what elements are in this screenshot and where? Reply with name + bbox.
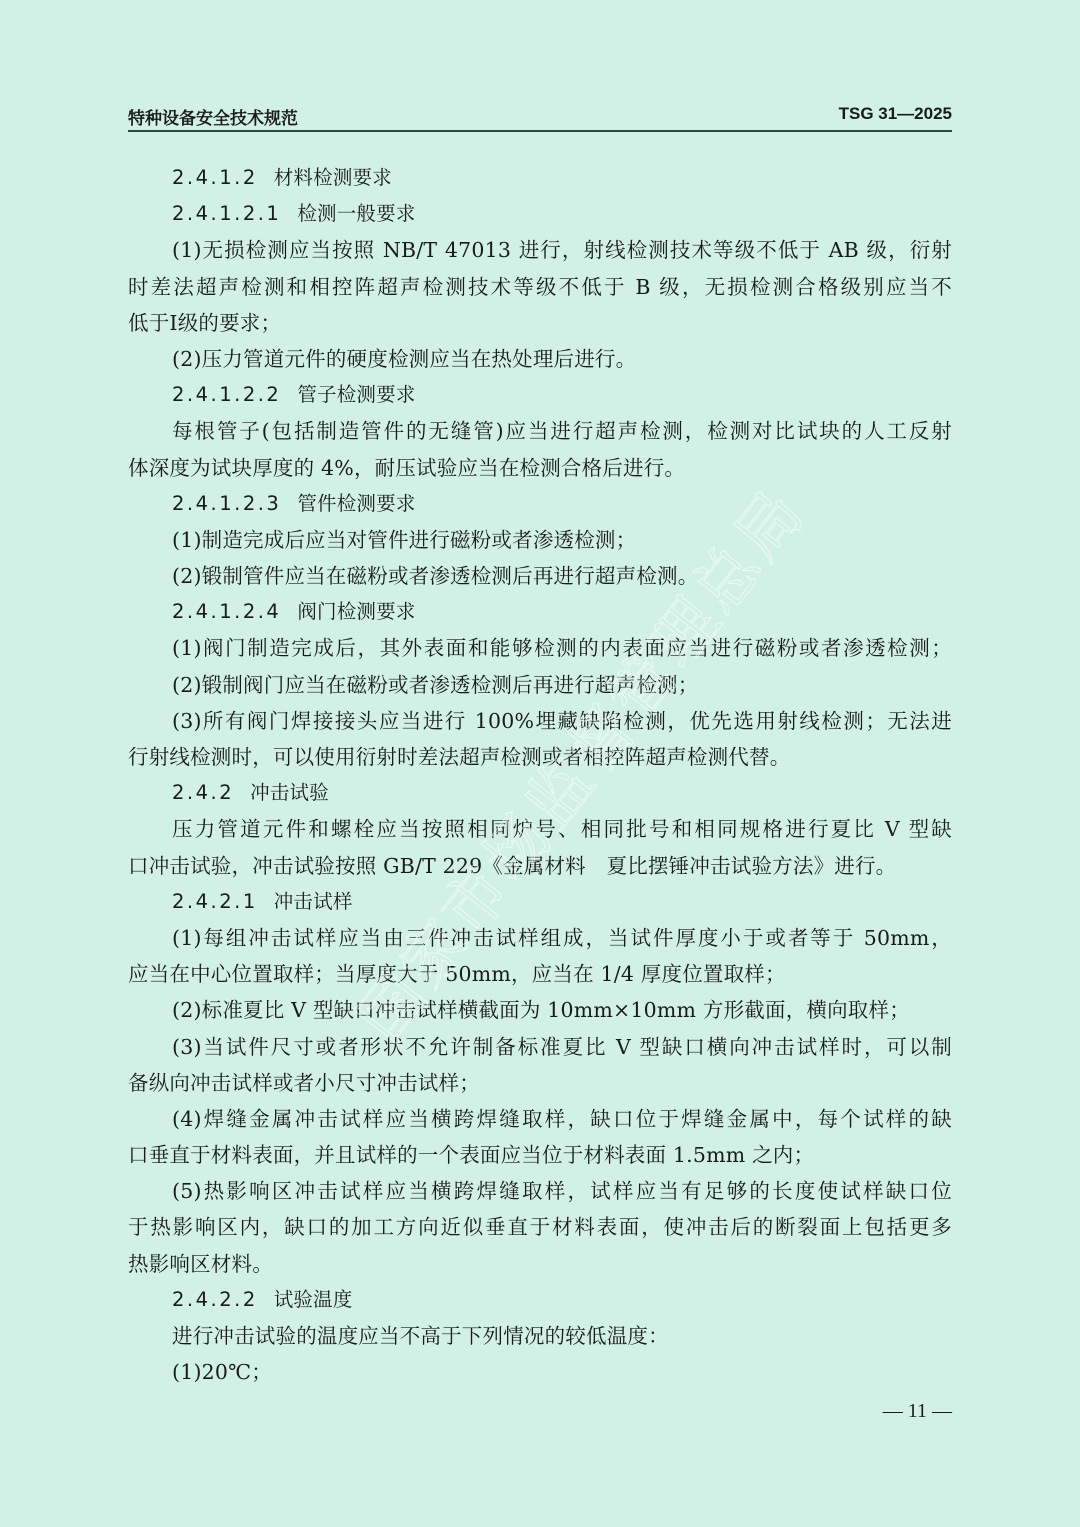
section-title: 检测一般要求 (297, 202, 415, 225)
section-title: 冲击试验 (250, 781, 329, 804)
section-number: 2.4.1.2.3 (172, 486, 281, 522)
section-number: 2.4.2.2 (172, 1282, 258, 1318)
paragraph-line: (1)制造完成后应当对管件进行磁粉或者渗透检测； (128, 522, 952, 558)
section-title: 管子检测要求 (297, 383, 415, 406)
section-heading: 2.4.1.2.3管件检测要求 (128, 486, 952, 522)
paragraph-line: 时差法超声检测和相控阵超声检测技术等级不低于 B 级，无损检测合格级别应当不 (128, 269, 952, 305)
paragraph-line: (1)20℃； (128, 1354, 952, 1390)
paragraph-line: (4)焊缝金属冲击试样应当横跨焊缝取样，缺口位于焊缝金属中，每个试样的缺 (128, 1101, 952, 1137)
paragraph-line: 压力管道元件和螺栓应当按照相同炉号、相同批号和相同规格进行夏比 V 型缺 (128, 811, 952, 847)
paragraph-line: 每根管子(包括制造管件的无缝管)应当进行超声检测，检测对比试块的人工反射 (128, 413, 952, 449)
section-title: 阀门检测要求 (297, 600, 415, 623)
paragraph-line: 低于Ⅰ级的要求； (128, 305, 952, 341)
section-number: 2.4.1.2 (172, 160, 258, 196)
header-standard-code: TSG 31—2025 (839, 104, 952, 124)
section-title: 冲击试样 (274, 890, 353, 913)
section-heading: 2.4.1.2.4阀门检测要求 (128, 594, 952, 630)
paragraph-line: (1)每组冲击试样应当由三件冲击试样组成，当试件厚度小于或者等于 50mm， (128, 920, 952, 956)
section-number: 2.4.1.2.1 (172, 196, 281, 232)
paragraph-line: (2)锻制阀门应当在磁粉或者渗透检测后再进行超声检测； (128, 667, 952, 703)
paragraph-line: 进行冲击试验的温度应当不高于下列情况的较低温度： (128, 1318, 952, 1354)
section-title: 试验温度 (274, 1288, 353, 1311)
section-number: 2.4.1.2.2 (172, 377, 281, 413)
paragraph-line: (2)锻制管件应当在磁粉或者渗透检测后再进行超声检测。 (128, 558, 952, 594)
section-title: 管件检测要求 (297, 492, 415, 515)
page-header: 特种设备安全技术规范 TSG 31—2025 (128, 102, 952, 132)
paragraph-line: 口冲击试验，冲击试验按照 GB/T 229《金属材料 夏比摆锤冲击试验方法》进行… (128, 848, 952, 884)
paragraph-line: (3)当试件尺寸或者形状不允许制备标准夏比 V 型缺口横向冲击试样时，可以制 (128, 1029, 952, 1065)
section-number: 2.4.1.2.4 (172, 594, 281, 630)
paragraph-line: (3)所有阀门焊接接头应当进行 100%埋藏缺陷检测，优先选用射线检测；无法进 (128, 703, 952, 739)
paragraph-line: 口垂直于材料表面，并且试样的一个表面应当位于材料表面 1.5mm 之内； (128, 1137, 952, 1173)
paragraph-line: 体深度为试块厚度的 4%，耐压试验应当在检测合格后进行。 (128, 450, 952, 486)
section-number: 2.4.2.1 (172, 884, 258, 920)
paragraph-line: 行射线检测时，可以使用衍射时差法超声检测或者相控阵超声检测代替。 (128, 739, 952, 775)
section-heading: 2.4.2.1冲击试样 (128, 884, 952, 920)
section-number: 2.4.2 (172, 775, 234, 811)
section-heading: 2.4.2冲击试验 (128, 775, 952, 811)
section-heading: 2.4.2.2试验温度 (128, 1282, 952, 1318)
paragraph-line: (5)热影响区冲击试样应当横跨焊缝取样，试样应当有足够的长度使试样缺口位 (128, 1173, 952, 1209)
section-heading: 2.4.1.2.1检测一般要求 (128, 196, 952, 232)
paragraph-line: 于热影响区内，缺口的加工方向近似垂直于材料表面，使冲击后的断裂面上包括更多 (128, 1209, 952, 1245)
header-title: 特种设备安全技术规范 (128, 104, 298, 129)
paragraph-line: (1)阀门制造完成后，其外表面和能够检测的内表面应当进行磁粉或者渗透检测； (128, 630, 952, 666)
section-heading: 2.4.1.2.2管子检测要求 (128, 377, 952, 413)
section-heading: 2.4.1.2材料检测要求 (128, 160, 952, 196)
paragraph-line: (2)标准夏比 V 型缺口冲击试样横截面为 10mm×10mm 方形截面，横向取… (128, 992, 952, 1028)
paragraph-line: 应当在中心位置取样；当厚度大于 50mm，应当在 1/4 厚度位置取样； (128, 956, 952, 992)
page-number: — 11 — (883, 1400, 952, 1423)
section-title: 材料检测要求 (274, 166, 392, 189)
paragraph-line: (2)压力管道元件的硬度检测应当在热处理后进行。 (128, 341, 952, 377)
paragraph-line: 热影响区材料。 (128, 1246, 952, 1282)
document-body: 2.4.1.2材料检测要求 2.4.1.2.1检测一般要求 (1)无损检测应当按… (128, 160, 952, 1390)
paragraph-line: 备纵向冲击试样或者小尺寸冲击试样； (128, 1065, 952, 1101)
paragraph-line: (1)无损检测应当按照 NB/T 47013 进行，射线检测技术等级不低于 AB… (128, 232, 952, 268)
